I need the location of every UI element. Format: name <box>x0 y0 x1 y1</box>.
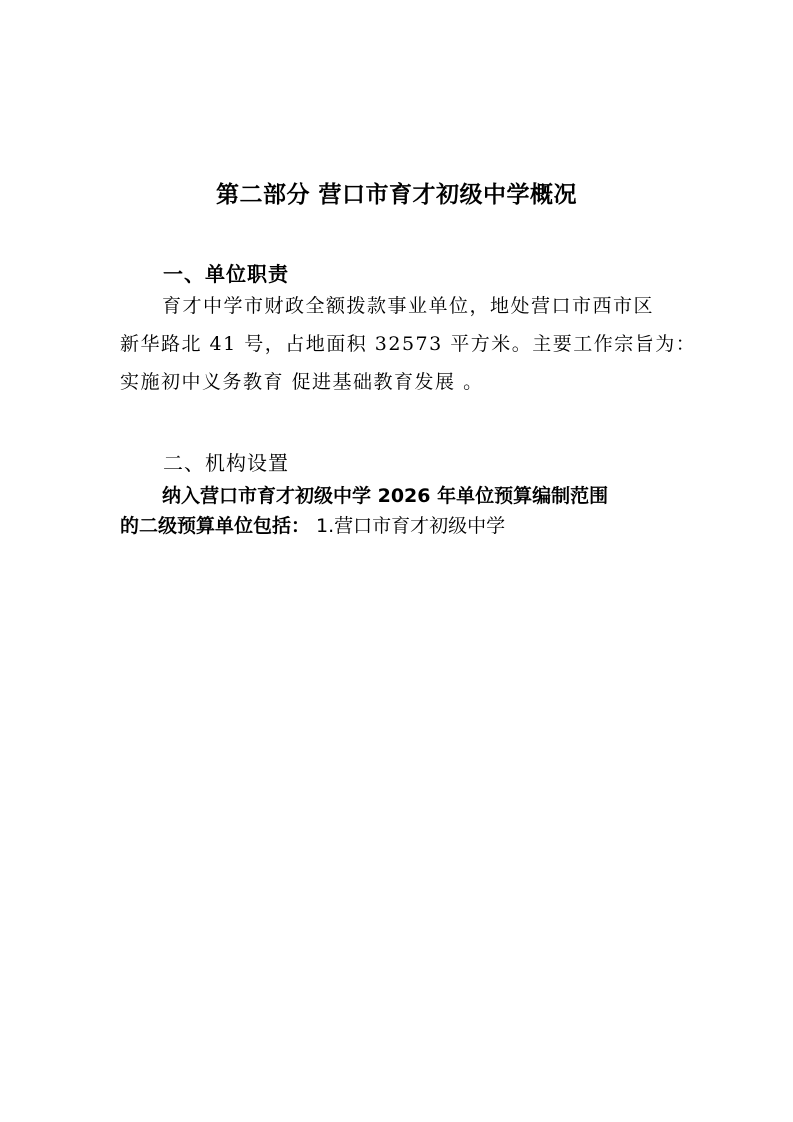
duties-line-3: 实施初中义务教育 促进基础教育发展 。 <box>120 363 660 401</box>
structure-line-1: 纳入营口市育才初级中学 2026 年单位预算编制范围 <box>120 481 680 511</box>
page-title: 第二部分 营口市育才初级中学概况 <box>0 176 793 209</box>
duties-line-1: 育才中学市财政全额拨款事业单位，地处营口市西市区 <box>120 287 660 325</box>
structure-paragraph: 纳入营口市育才初级中学 2026 年单位预算编制范围 的二级预算单位包括： 1.… <box>120 481 680 541</box>
duties-paragraph: 育才中学市财政全额拨款事业单位，地处营口市西市区 新华路北 41 号，占地面积 … <box>120 287 660 401</box>
structure-line-2-value: 1.营口市育才初级中学 <box>310 515 505 537</box>
section-heading-structure: 二、机构设置 <box>163 447 289 476</box>
structure-line-2-label: 的二级预算单位包括： <box>120 515 310 537</box>
section-heading-duties: 一、单位职责 <box>163 258 289 287</box>
document-page: 第二部分 营口市育才初级中学概况 一、单位职责 育才中学市财政全额拨款事业单位，… <box>0 0 793 1122</box>
duties-line-2: 新华路北 41 号，占地面积 32573 平方米。主要工作宗旨为： <box>120 325 660 363</box>
